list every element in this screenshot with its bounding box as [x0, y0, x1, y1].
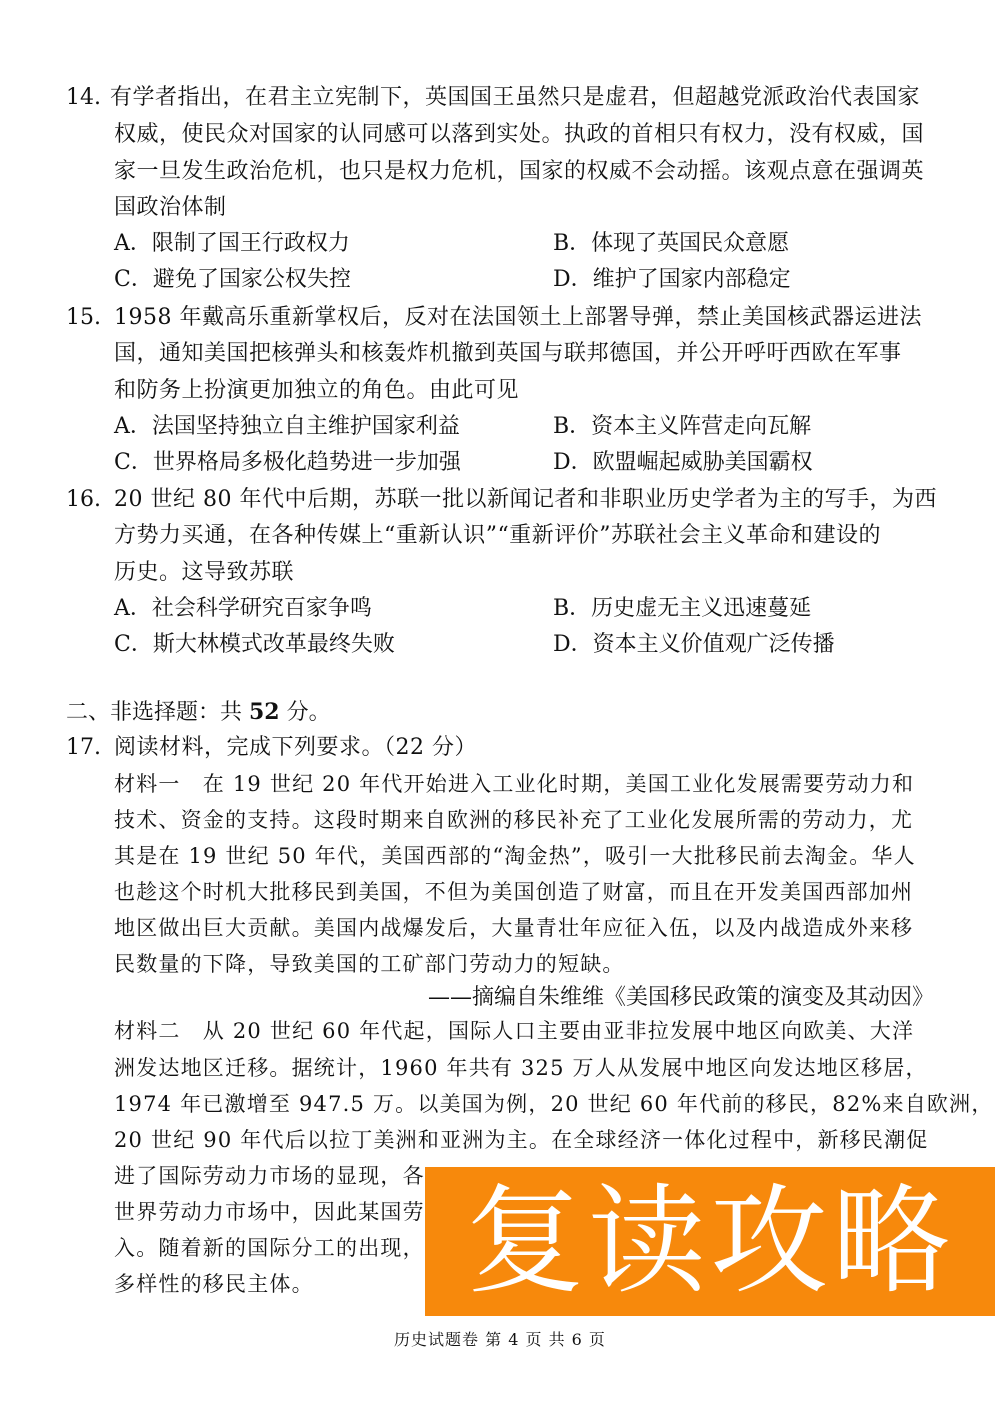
- material-line: 材料二 从 20 世纪 60 年代起，国际人口主要由亚非拉发展中地区向欧美、大洋: [114, 1013, 914, 1049]
- option-d: D．欧盟崛起威胁美国霸权: [553, 445, 813, 481]
- material-line: 20 世纪 90 年代后以拉丁美洲和亚洲为主。在全球经济一体化过程中，新移民潮促: [114, 1122, 928, 1158]
- material-line: 其是在 19 世纪 50 年代，美国西部的“淘金热”，吸引一大批移民前去淘金。华…: [114, 838, 916, 874]
- material-line: 进了国际劳动力市场的显现，各: [114, 1158, 425, 1194]
- option-a: A．社会科学研究百家争鸣: [114, 591, 372, 627]
- question-text-line: 有学者指出，在君主立宪制下，英国国王虽然只是虚君，但超越党派政治代表国家: [110, 80, 920, 116]
- material-line: 技术、资金的支持。这段时期来自欧洲的移民补充了工业化发展所需的劳动力，尤: [114, 802, 913, 838]
- material-line: 1974 年已激增至 947.5 万。以美国为例，20 世纪 60 年代前的移民…: [114, 1086, 994, 1122]
- material-line: 民数量的下降，导致美国的工矿部门劳动力的短缺。: [114, 946, 625, 982]
- question-number: 15.: [66, 300, 101, 336]
- question-number: 16.: [66, 482, 101, 518]
- question-number: 14.: [66, 80, 101, 116]
- option-a: A．限制了国王行政权力: [114, 226, 350, 262]
- question-text-line: 历史。这导致苏联: [114, 555, 294, 591]
- question-title: 阅读材料，完成下列要求。（22 分）: [114, 730, 477, 766]
- material-line: 也趁这个时机大批移民到美国，不但为美国创造了财富，而且在开发美国西部加州: [114, 874, 913, 910]
- question-text-line: 1958 年戴高乐重新掌权后，反对在法国领土上部署导弹，禁止美国核武器运进法: [114, 300, 922, 336]
- option-c: C．斯大林模式改革最终失败: [114, 627, 395, 663]
- question-text-line: 国政治体制: [114, 190, 227, 226]
- question-text-line: 方势力买通，在各种传媒上“重新认识”“重新评价”苏联社会主义革命和建设的: [114, 518, 881, 554]
- material-line: 洲发达地区迁移。据统计，1960 年共有 325 万人从发展中地区向发达地区移居…: [114, 1050, 928, 1086]
- question-text-line: 权威，使民众对国家的认同感可以落到实处。执政的首相只有权力，没有权威，国: [114, 117, 924, 153]
- watermark-banner: 复读攻略: [425, 1167, 995, 1316]
- option-c: C．世界格局多极化趋势进一步加强: [114, 445, 461, 481]
- option-d: D．资本主义价值观广泛传播: [553, 627, 835, 663]
- section-score: 52: [249, 699, 280, 725]
- option-b: B．资本主义阵营走向瓦解: [553, 409, 811, 445]
- section-heading-suffix: 分。: [280, 700, 331, 725]
- material-line: 地区做出巨大贡献。美国内战爆发后，大量青壮年应征入伍，以及内战造成外来移: [114, 910, 913, 946]
- question-text-line: 家一旦发生政治危机，也只是权力危机，国家的权威不会动摇。该观点意在强调英: [114, 154, 924, 190]
- exam-page: 14. 有学者指出，在君主立宪制下，英国国王虽然只是虚君，但超越党派政治代表国家…: [0, 0, 1000, 1412]
- material-line: 材料一 在 19 世纪 20 年代开始进入工业化时期，美国工业化发展需要劳动力和: [114, 766, 914, 802]
- option-b: B．体现了英国民众意愿: [553, 226, 789, 262]
- section-heading: 二、非选择题：共 52 分。: [66, 694, 331, 731]
- option-c: C．避免了国家公权失控: [114, 262, 351, 298]
- section-heading-prefix: 二、非选择题：共: [66, 700, 249, 725]
- question-text-line: 20 世纪 80 年代中后期，苏联一批以新闻记者和非职业历史学者为主的写手，为西: [114, 482, 937, 518]
- option-a: A．法国坚持独立自主维护国家利益: [114, 409, 460, 445]
- question-text-line: 国，通知美国把核弹头和核轰炸机撤到英国与联邦德国，并公开呼吁西欧在军事: [114, 336, 902, 372]
- option-d: D．维护了国家内部稳定: [553, 262, 791, 298]
- question-number: 17.: [66, 730, 101, 766]
- material-source: ——摘编自朱维维《美国移民政策的演变及其动因》: [428, 980, 934, 1016]
- material-line: 世界劳动力市场中，因此某国劳: [114, 1194, 425, 1230]
- material-line: 多样性的移民主体。: [114, 1266, 314, 1302]
- option-b: B．历史虚无主义迅速蔓延: [553, 591, 811, 627]
- question-text-line: 和防务上扮演更加独立的角色。由此可见: [114, 373, 519, 409]
- page-footer: 历史试题卷 第 4 页 共 6 页: [0, 1328, 1000, 1352]
- material-line: 入。随着新的国际分工的出现，: [114, 1230, 425, 1266]
